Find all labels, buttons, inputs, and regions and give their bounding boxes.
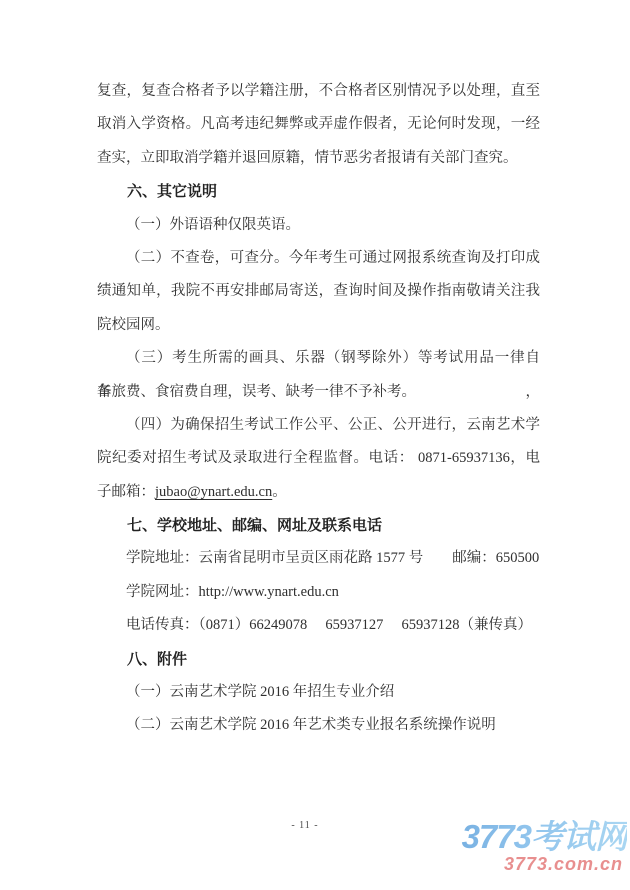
- watermark: 3773考试网 3773.com.cn: [397, 820, 627, 873]
- note-2-score-check-line-2: 绩通知单，我院不再安排邮局寄送，查询时间及操作指南敬请关注我: [97, 275, 540, 308]
- college-website-line: 学院网址：http://www.ynart.edu.cn: [97, 576, 540, 609]
- note-2-score-check-line-1: （二）不查卷，可查分。今年考生可通过网报系统查询及打印成: [97, 242, 540, 275]
- note-1-foreign-language: （一）外语语种仅限英语。: [97, 209, 540, 242]
- note-4-supervision-line-3: 子邮箱：jubao@ynart.edu.cn。: [97, 476, 540, 509]
- email-suffix: 。: [272, 484, 287, 500]
- section-heading-8-attachments: 八、附件: [97, 643, 540, 676]
- document-page: 复查，复查合格者予以学籍注册，不合格者区别情况予以处理，直至 取消入学资格。凡高…: [0, 0, 630, 890]
- attachment-2-system-guide: （二）云南艺术学院 2016 年艺术类专业报名系统操作说明: [97, 709, 540, 742]
- college-phone-fax-line: 电话传真：（0871）66249078 65937127 65937128（兼传…: [97, 609, 540, 642]
- attachment-1-majors-intro: （一）云南艺术学院 2016 年招生专业介绍: [97, 676, 540, 709]
- college-address-line: 学院地址：云南省昆明市呈贡区雨花路 1577 号 邮编：650500: [97, 542, 540, 575]
- email-label: 子邮箱：: [97, 484, 155, 500]
- paragraph-reexam-line-1: 复查，复查合格者予以学籍注册，不合格者区别情况予以处理，直至: [97, 75, 540, 108]
- watermark-site-url: 3773.com.cn: [397, 855, 627, 873]
- email-link[interactable]: jubao@ynart.edu.cn: [155, 484, 272, 500]
- note-4-supervision-line-2: 院纪委对招生考试及录取进行全程监督。电话： 0871-65937136，电: [97, 442, 540, 475]
- paragraph-reexam-line-2: 取消入学资格。凡高考违纪舞弊或弄虚作假者，无论何时发现，一经: [97, 108, 540, 141]
- note-4-supervision-line-1: （四）为确保招生考试工作公平、公正、公开进行，云南艺术学: [97, 409, 540, 442]
- document-body: 复查，复查合格者予以学籍注册，不合格者区别情况予以处理，直至 取消入学资格。凡高…: [97, 75, 540, 743]
- watermark-site-logo: 3773考试网: [397, 820, 627, 853]
- note-2-score-check-line-3: 院校园网。: [97, 309, 540, 342]
- paragraph-reexam-line-3: 查实，立即取消学籍并退回原籍，情节恶劣者报请有关部门查究。: [97, 142, 540, 175]
- note-3-exam-supplies-line-1: （三）考生所需的画具、乐器（钢琴除外）等考试用品一律自备，: [97, 342, 540, 375]
- section-heading-6-other-notes: 六、其它说明: [97, 175, 540, 208]
- section-heading-7-contact-info: 七、学校地址、邮编、网址及联系电话: [97, 509, 540, 542]
